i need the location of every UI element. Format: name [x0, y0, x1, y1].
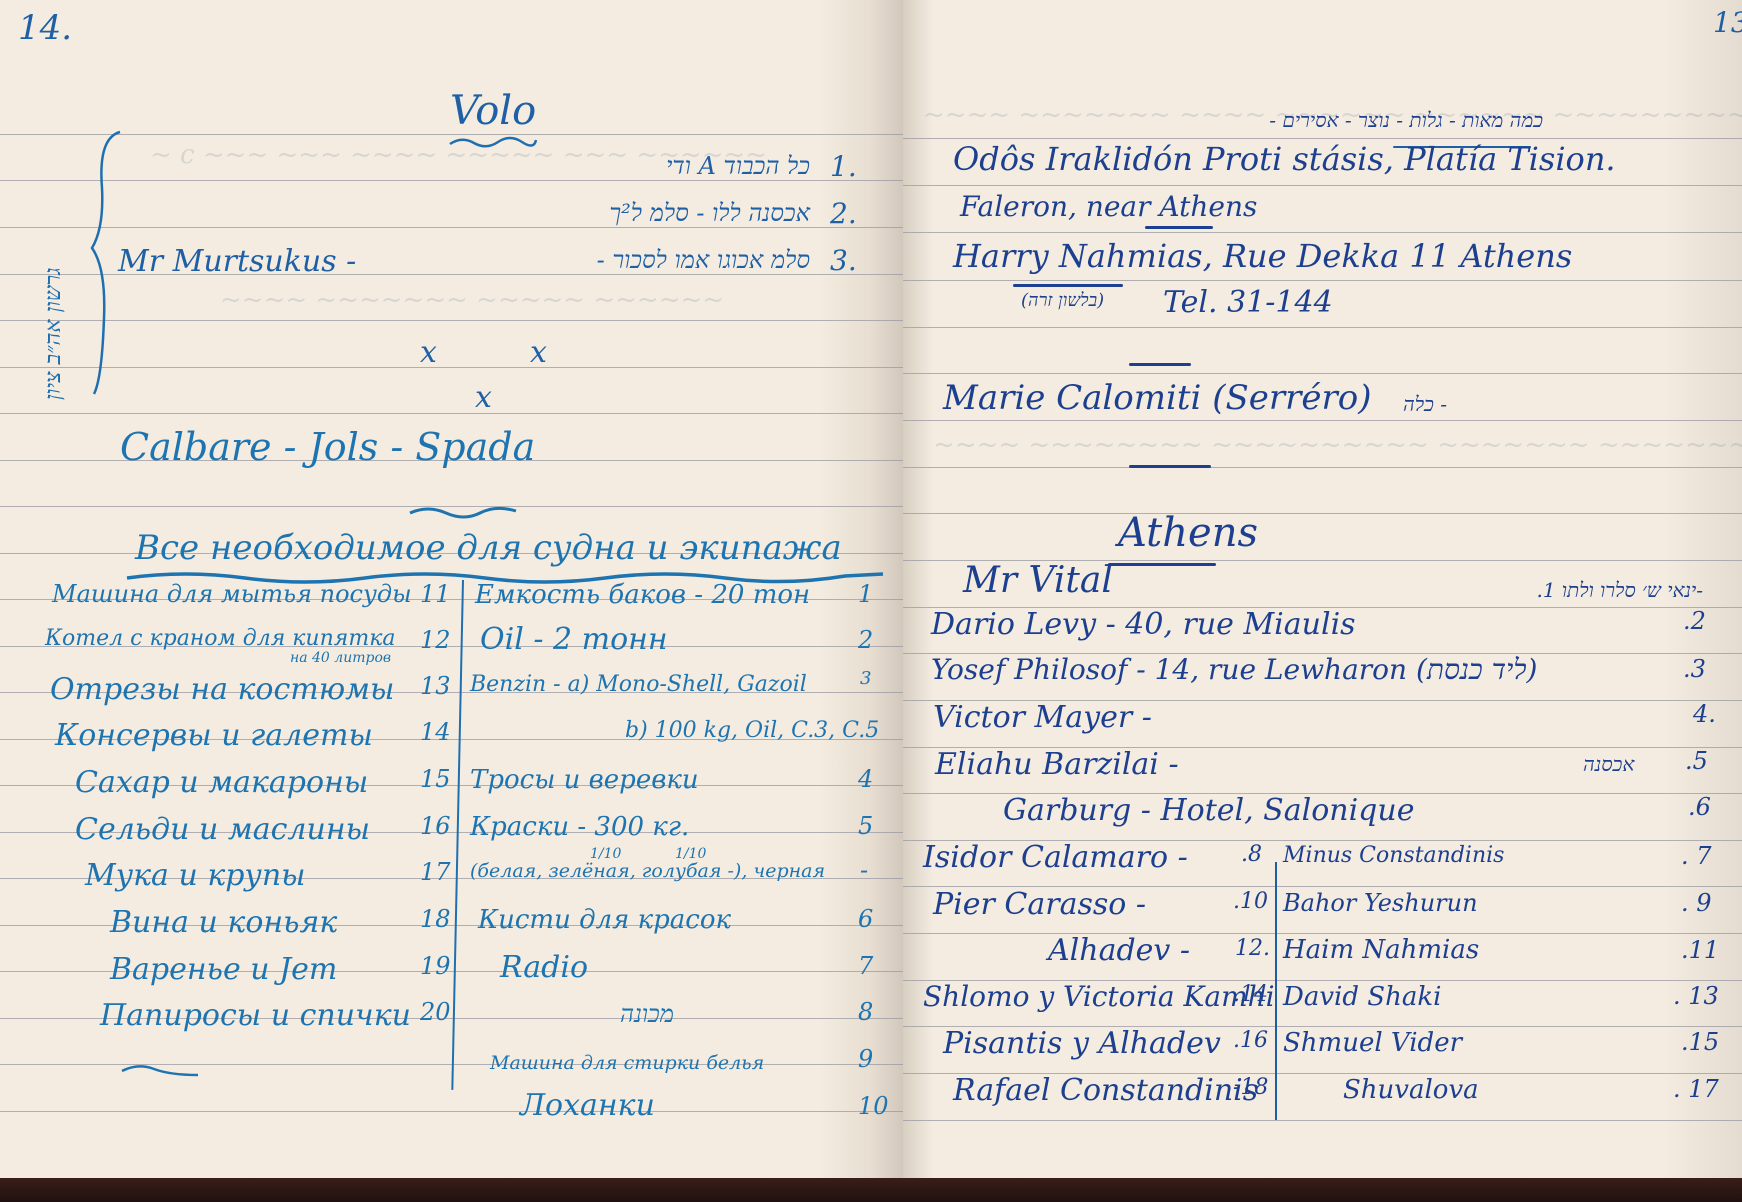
contact-entry: Minus Constandinis [1283, 843, 1504, 868]
russian-heading: Все необходимое для судна и экипажа [135, 528, 842, 568]
entry-number: .2 [1683, 607, 1706, 635]
entry-number: .16 [1233, 1028, 1268, 1053]
list-item: b) 100 kg, Oil, C.3, C.5 [625, 718, 879, 743]
underline [1145, 226, 1213, 229]
entry-number: 4. [1693, 700, 1716, 728]
entry-number: .15 [1681, 1028, 1719, 1056]
list-item: (белая, зелёная, голубая -), черная [470, 860, 825, 882]
list-item: Сельди и маслины [75, 812, 370, 847]
contact-entry: Shuvalova [1343, 1075, 1479, 1105]
list-number: 8 [858, 998, 873, 1026]
entry-number: .8 [1241, 842, 1262, 867]
entry-number: .10 [1233, 889, 1268, 914]
list-item: Машина для мытья посуды [52, 580, 412, 608]
wavy-divider [408, 505, 518, 519]
list-item: Машина для стирки белья [490, 1052, 764, 1074]
x-mark: x [420, 335, 437, 370]
underline [1108, 563, 1216, 566]
contact-entry: Rafael Constandinis [953, 1073, 1258, 1108]
list-number: 6 [858, 905, 873, 933]
contact-entry: Pisantis y Alhadev [943, 1026, 1221, 1061]
hebrew-list-item: אכסנה ללו - סלמ ל²ך [470, 199, 810, 228]
list-item: Консервы и галеты [55, 718, 373, 753]
address-line: Faleron, near Athens [960, 190, 1257, 223]
divider [1129, 363, 1191, 366]
hebrew-list-item: סלמ אכוגו אמו לסכור - [470, 246, 810, 275]
hebrew-note: -ינאי ש׳ סלרו ולתו 1. [1173, 578, 1703, 603]
wavy-divider [120, 1063, 200, 1079]
list-number: 20 [420, 998, 451, 1026]
list-item: Тросы и веревки [470, 765, 699, 795]
contact-entry: Pier Carasso - [933, 887, 1146, 922]
bleed-through-text: ~~~~ ~~~~~~~ ~~~~~ ~~~~~~ [220, 285, 724, 315]
list-number: 18 [420, 905, 451, 933]
hebrew-note: - כלה [1403, 392, 1447, 417]
contact-entry: Isidor Calamaro - [923, 840, 1188, 875]
list-item: Benzin - a) Mono-Shell, Gazoil [470, 672, 807, 697]
list-item: Лоханки [520, 1088, 655, 1123]
hebrew-note: אכסנה [1583, 752, 1634, 777]
entry-number: . 9 [1681, 889, 1712, 917]
list-item: Котел с краном для кипятка [45, 626, 395, 651]
address-entry: Dario Levy - 40, rue Miaulis [931, 607, 1356, 642]
list-number: 15 [420, 765, 451, 793]
list-item: Емкость баков - 20 тон [475, 580, 810, 610]
list-item: Сахар и макароны [75, 765, 368, 800]
contact-entry: Haim Nahmias [1283, 935, 1479, 965]
list-item: Мука и крупы [85, 858, 306, 893]
entry-number: . 17 [1673, 1075, 1719, 1103]
section-title-volo: Volo [450, 88, 536, 134]
list-number: 17 [420, 858, 451, 886]
list-number: 1 [858, 580, 873, 608]
address-entry: Yosef Philosof - 14, rue Lewharon (ליד כ… [931, 653, 1537, 687]
entry-number: .6 [1688, 793, 1711, 821]
contact-line: Harry Nahmias, Rue Dekka 11 Athens [953, 237, 1572, 275]
contact-entry: Shmuel Vider [1283, 1028, 1462, 1058]
contact-name: Mr Vital [963, 560, 1113, 601]
list-number: 16 [420, 812, 451, 840]
list-item: Варенье и Jem [110, 952, 337, 987]
entry-number: . 7 [1681, 842, 1712, 870]
phone-number: Tel. 31-144 [1163, 285, 1333, 320]
entry-number: .11 [1681, 936, 1719, 964]
contact-entry: Shlomo y Victoria Kamhi [923, 980, 1275, 1013]
list-item: מכונה [620, 1000, 674, 1029]
entry-number: .3 [1683, 655, 1706, 683]
hebrew-header: כמה מאות - גלות - נוצר - אסירים - [1093, 108, 1543, 133]
list-number: 4 [858, 765, 873, 793]
x-mark: x [475, 380, 492, 415]
address-entry: Garburg - Hotel, Salonique [1003, 793, 1414, 828]
list-item: Вина и коньяк [110, 905, 337, 940]
entry-number: 12. [1235, 936, 1270, 961]
notebook-cover-edge [0, 1178, 1742, 1202]
vessel-heading: Calbare - Jols - Spada [120, 425, 535, 469]
entry-number: -18 [1233, 1075, 1268, 1100]
right-page: ~~~~ ~~~~~~~ ~~~~ ~~~~~~ ~~~~~~ ~~~~~~~~… [903, 0, 1742, 1178]
list-item: Oil - 2 тонн [480, 622, 668, 657]
column-divider [1275, 862, 1277, 1120]
list-item: Папиросы и спички [100, 998, 411, 1033]
notebook-spread: ~ с ~~~ ~~~ ~~~~ ~~~~~ ~~~ ~~~~~~ ~~~~ ~… [0, 0, 1742, 1178]
list-number: 10 [858, 1092, 889, 1120]
list-item: Отрезы на костюмы [50, 672, 394, 707]
list-number: 12 [420, 626, 451, 654]
address-entry: Victor Mayer - [933, 700, 1152, 735]
list-number: 2 [858, 626, 873, 654]
list-number: 19 [420, 952, 451, 980]
wavy-underline [448, 136, 538, 148]
margin-note: גרשון אה״ב ציון [40, 268, 66, 400]
page-number: 13 [1713, 6, 1742, 39]
contact-name: Marie Calomiti (Serréro) [943, 378, 1372, 418]
list-number: 9 [858, 1045, 873, 1073]
list-number: 13 [420, 672, 451, 700]
list-item: Radio [500, 950, 588, 985]
divider [1129, 465, 1211, 468]
list-item: Кисти для красок [478, 905, 731, 935]
contact-entry: Bahor Yeshurun [1283, 889, 1478, 917]
column-divider [451, 580, 464, 1090]
hebrew-list-item: כל הכבוד A ודי [470, 152, 810, 181]
left-page: ~ с ~~~ ~~~ ~~~~ ~~~~~ ~~~ ~~~~~~ ~~~~ ~… [0, 0, 903, 1178]
list-item: Краски - 300 кг. [470, 812, 689, 842]
hebrew-note: (בלשון זרה) [1021, 290, 1104, 311]
bleed-through-text: ~~~~ ~~~~~~~~ ~~~~~~~~~~ ~~~~~~~ ~~~~~~~… [933, 430, 1742, 460]
entry-number: .5 [1685, 747, 1708, 775]
page-number: 14. [18, 8, 72, 48]
list-number: 11 [420, 580, 451, 608]
list-number: 14 [420, 718, 451, 746]
list-number: 2. [830, 197, 857, 230]
list-number: 3 [860, 668, 871, 689]
list-number: 1. [830, 150, 857, 183]
x-mark: x [530, 335, 547, 370]
address-entry: Eliahu Barzilai - [935, 747, 1179, 782]
contact-name: Mr Murtsukus - [118, 244, 356, 279]
list-number: 5 [858, 812, 873, 840]
contact-entry: Alhadev - [1048, 933, 1190, 968]
list-number: 3. [830, 244, 857, 277]
entry-number: . 13 [1673, 982, 1719, 1010]
list-number: - [860, 856, 868, 884]
list-number: 7 [858, 952, 873, 980]
underline [1013, 284, 1123, 287]
section-title-athens: Athens [1118, 510, 1258, 556]
contact-entry: David Shaki [1283, 982, 1441, 1012]
address-line: Odôs Iraklidón Proti stásis, Platía Tisi… [953, 140, 1616, 178]
list-item-note: на 40 литров [290, 650, 391, 666]
entry-number: .14 [1233, 982, 1268, 1007]
